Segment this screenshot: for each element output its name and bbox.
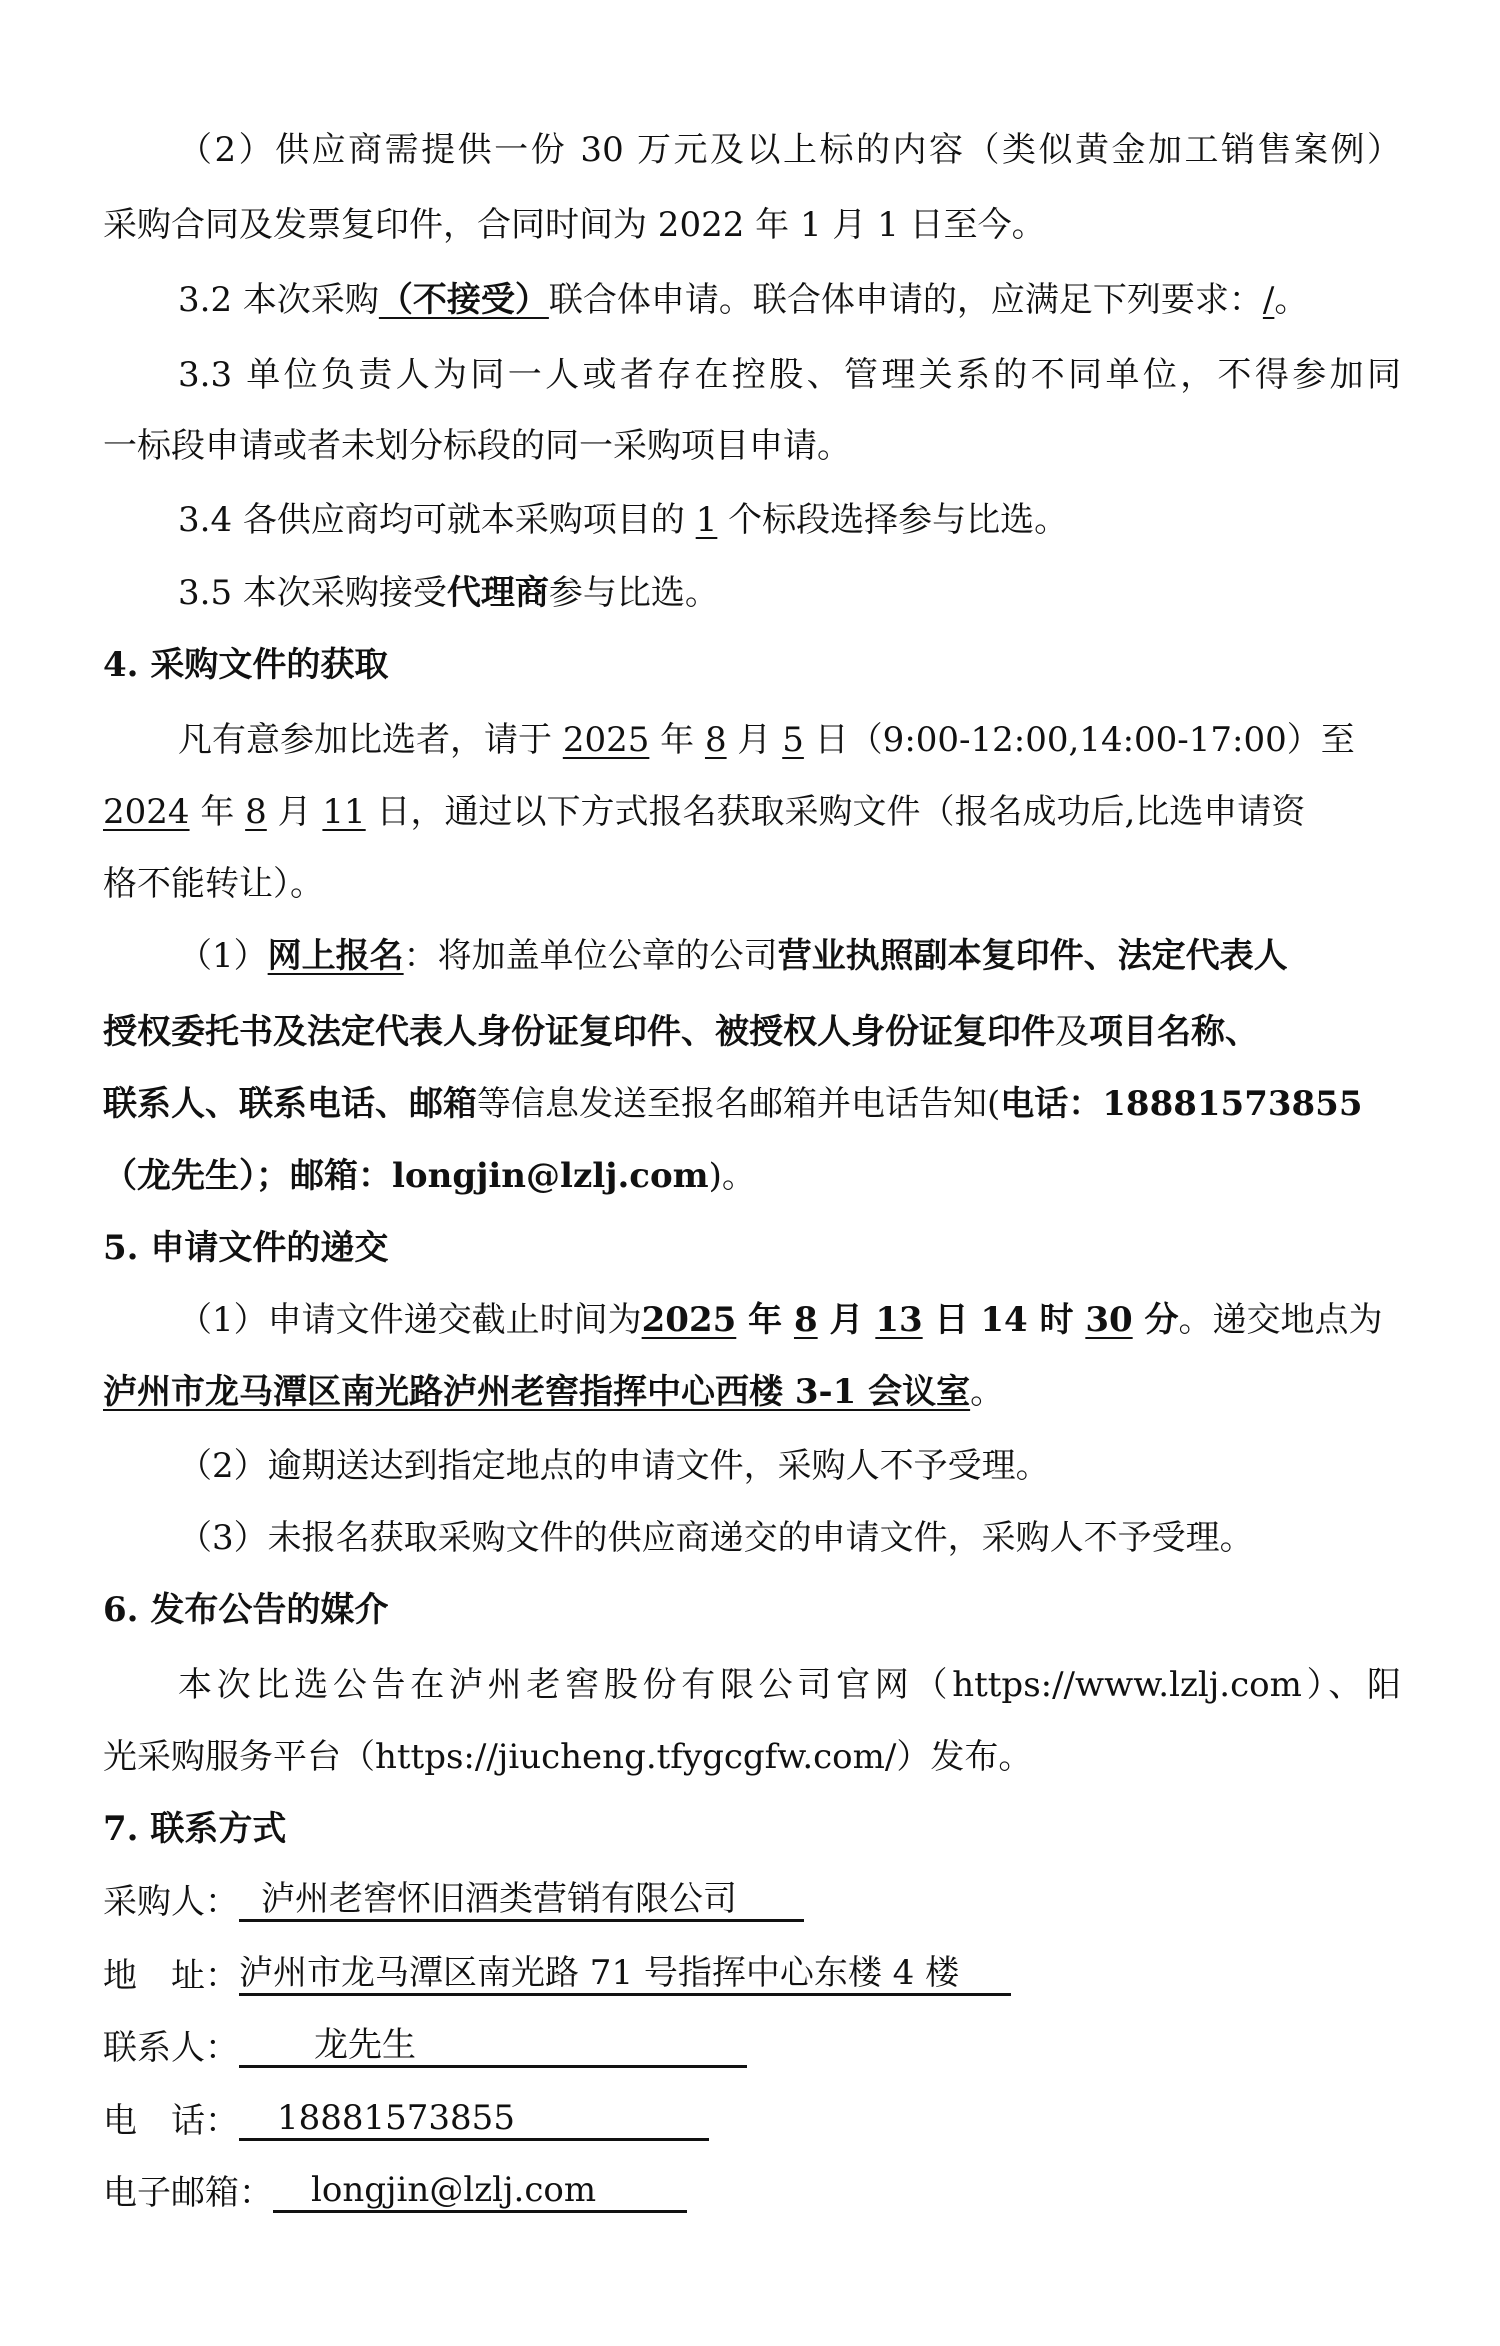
text: 个标段选择参与比选。 [717, 500, 1068, 540]
joint-bid-status: （不接受） [379, 280, 549, 320]
para-3-3-line2: 一标段申请或者未划分标段的同一采购项目申请。 [0, 416, 1500, 476]
text: 日 14 时 [923, 1300, 1086, 1340]
para-3-2: 3.2 本次采购（不接受）联合体申请。联合体申请的，应满足下列要求：/。 [0, 270, 1500, 330]
end-month: 8 [245, 792, 267, 832]
section-4-heading: 4. 采购文件的获取 [0, 635, 1500, 695]
para-3-1-2-line2: 采购合同及发票复印件，合同时间为 2022 年 1 月 1 日至今。 [0, 195, 1500, 255]
section-4-para-line3: 格不能转让）。 [0, 854, 1500, 914]
text: 凡有意参加比选者，请于 [178, 720, 563, 760]
media-line1: 本次比选公告在泸州老窖股份有限公司官网（https://www.lzlj.com… [0, 1655, 1500, 1715]
text: 月 [818, 1300, 876, 1340]
text: 3.2 本次采购 [178, 280, 379, 320]
text: （2）供应商需提供一份 30 万元及以上标的内容（类似黄金加工销售案例） [178, 120, 1401, 180]
required-docs: 营业执照副本复印件、法定代表人 [778, 936, 1288, 976]
contact-value: 龙先生 [239, 2018, 747, 2068]
deadline-month: 8 [794, 1300, 818, 1340]
start-month: 8 [705, 720, 727, 760]
text: 日（9:00-12:00,14:00-17:00）至 [804, 720, 1355, 760]
address-label: 地 址： [103, 1956, 239, 1996]
joint-bid-requirements: / [1263, 280, 1274, 320]
start-year: 2025 [563, 720, 650, 760]
text: 采购合同及发票复印件，合同时间为 2022 年 1 月 1 日至今。 [103, 205, 1046, 245]
online-registration-line3: 联系人、联系电话、邮箱等信息发送至报名邮箱并电话告知(电话：1888157385… [0, 1074, 1500, 1134]
heading-text: 5. 申请文件的递交 [103, 1228, 388, 1268]
section-6-heading: 6. 发布公告的媒介 [0, 1580, 1500, 1640]
text: 3.4 各供应商均可就本采购项目的 [178, 500, 696, 540]
text: 等信息发送至报名邮箱并电话告知( [477, 1084, 1000, 1124]
lot-count: 1 [696, 500, 718, 540]
required-docs: 授权委托书及法定代表人身份证复印件、被授权人身份证复印件 [103, 1012, 1055, 1052]
section-4-para-line2: 2024 年 8 月 11 日，通过以下方式报名获取采购文件（报名成功后,比选申… [0, 782, 1500, 842]
deadline-day: 13 [875, 1300, 922, 1340]
text: 联合体申请。联合体申请的，应满足下列要求： [549, 280, 1263, 320]
text: 光采购服务平台（https://jiucheng.tfygcgfw.com/）发… [103, 1737, 1032, 1777]
online-registration-line1: （1）网上报名：将加盖单位公章的公司营业执照副本复印件、法定代表人 [0, 926, 1500, 986]
online-registration-line4: （龙先生）；邮箱：longjin@lzlj.com)。 [0, 1146, 1500, 1206]
submission-location: 泸州市龙马潭区南光路泸州老窖指挥中心西楼 3-1 会议室。 [0, 1362, 1500, 1422]
online-registration-title: 网上报名 [268, 936, 404, 976]
registration-phone: 电话：18881573855 [1000, 1084, 1362, 1124]
contact-phone: 电 话：18881573855 [0, 2091, 1500, 2151]
text: 年 [190, 792, 246, 832]
deadline-minute: 30 [1085, 1300, 1132, 1340]
contact-email: 电子邮箱：longjin@lzlj.com [0, 2163, 1500, 2223]
text: （1） [178, 936, 268, 976]
text: )。 [709, 1156, 756, 1196]
purchaser-value: 泸州老窖怀旧酒类营销有限公司 [239, 1872, 804, 1922]
text: 3.3 单位负责人为同一人或者存在控股、管理关系的不同单位，不得参加同 [178, 345, 1401, 405]
text: 参与比选。 [549, 573, 719, 613]
start-day: 5 [782, 720, 804, 760]
deadline-year: 2025 [642, 1300, 737, 1340]
phone-value: 18881573855 [239, 2091, 709, 2141]
text: 3.5 本次采购接受 [178, 573, 447, 613]
text: 。 [970, 1372, 1004, 1412]
email-value: longjin@lzlj.com [273, 2163, 687, 2213]
text: 日，通过以下方式报名获取采购文件（报名成功后,比选申请资 [366, 792, 1306, 832]
heading-text: 7. 联系方式 [103, 1809, 286, 1849]
text: 月 [727, 720, 783, 760]
submission-item2: （2）逾期送达到指定地点的申请文件，采购人不予受理。 [0, 1436, 1500, 1496]
registration-email: （龙先生）；邮箱：longjin@lzlj.com [103, 1156, 709, 1196]
submission-item3: （3）未报名获取采购文件的供应商递交的申请文件，采购人不予受理。 [0, 1508, 1500, 1568]
text: （2）逾期送达到指定地点的申请文件，采购人不予受理。 [178, 1446, 1050, 1486]
text: 分 [1133, 1300, 1179, 1340]
end-day: 11 [322, 792, 365, 832]
media-line2: 光采购服务平台（https://jiucheng.tfygcgfw.com/）发… [0, 1727, 1500, 1787]
text: 。 [1274, 280, 1308, 320]
end-year: 2024 [103, 792, 190, 832]
phone-label: 电 话： [103, 2101, 239, 2141]
heading-text: 4. 采购文件的获取 [103, 645, 388, 685]
contact-purchaser: 采购人：泸州老窖怀旧酒类营销有限公司 [0, 1872, 1500, 1932]
contact-address: 地 址：泸州市龙马潭区南光路 71 号指挥中心东楼 4 楼 [0, 1946, 1500, 2006]
contact-label: 联系人： [103, 2028, 239, 2068]
text: 年 [649, 720, 705, 760]
heading-text: 6. 发布公告的媒介 [103, 1590, 388, 1630]
section-5-heading: 5. 申请文件的递交 [0, 1218, 1500, 1278]
text: 一标段申请或者未划分标段的同一采购项目申请。 [103, 426, 851, 466]
location-text: 泸州市龙马潭区南光路泸州老窖指挥中心西楼 3-1 会议室 [103, 1372, 970, 1412]
text: 。递交地点为 [1179, 1300, 1383, 1340]
purchaser-label: 采购人： [103, 1882, 239, 1922]
para-3-3-line1: 3.3 单位负责人为同一人或者存在控股、管理关系的不同单位，不得参加同 [0, 345, 1500, 405]
para-3-1-2-line1: （2）供应商需提供一份 30 万元及以上标的内容（类似黄金加工销售案例） [0, 120, 1500, 180]
agent-text: 代理商 [447, 573, 549, 613]
section-4-para-line1: 凡有意参加比选者，请于 2025 年 8 月 5 日（9:00-12:00,14… [0, 710, 1500, 770]
required-info: 项目名称、 [1089, 1012, 1259, 1052]
online-registration-line2: 授权委托书及法定代表人身份证复印件、被授权人身份证复印件及项目名称、 [0, 1002, 1500, 1062]
email-label: 电子邮箱： [103, 2173, 273, 2213]
contact-person: 联系人：龙先生 [0, 2018, 1500, 2078]
text: 月 [267, 792, 323, 832]
text: ：将加盖单位公章的公司 [404, 936, 778, 976]
text: 格不能转让）。 [103, 864, 324, 904]
address-value: 泸州市龙马潭区南光路 71 号指挥中心东楼 4 楼 [239, 1946, 1011, 1996]
text: 本次比选公告在泸州老窖股份有限公司官网（https://www.lzlj.com… [178, 1655, 1401, 1715]
text: （3）未报名获取采购文件的供应商递交的申请文件，采购人不予受理。 [178, 1518, 1254, 1558]
section-7-heading: 7. 联系方式 [0, 1799, 1500, 1859]
text: （1）申请文件递交截止时间为 [178, 1300, 642, 1340]
submission-deadline: （1）申请文件递交截止时间为2025 年 8 月 13 日 14 时 30 分。… [0, 1290, 1500, 1350]
para-3-4: 3.4 各供应商均可就本采购项目的 1 个标段选择参与比选。 [0, 490, 1500, 550]
text: 及 [1055, 1012, 1089, 1052]
required-info: 联系人、联系电话、邮箱 [103, 1084, 477, 1124]
para-3-5: 3.5 本次采购接受代理商参与比选。 [0, 563, 1500, 623]
text: 年 [736, 1300, 794, 1340]
